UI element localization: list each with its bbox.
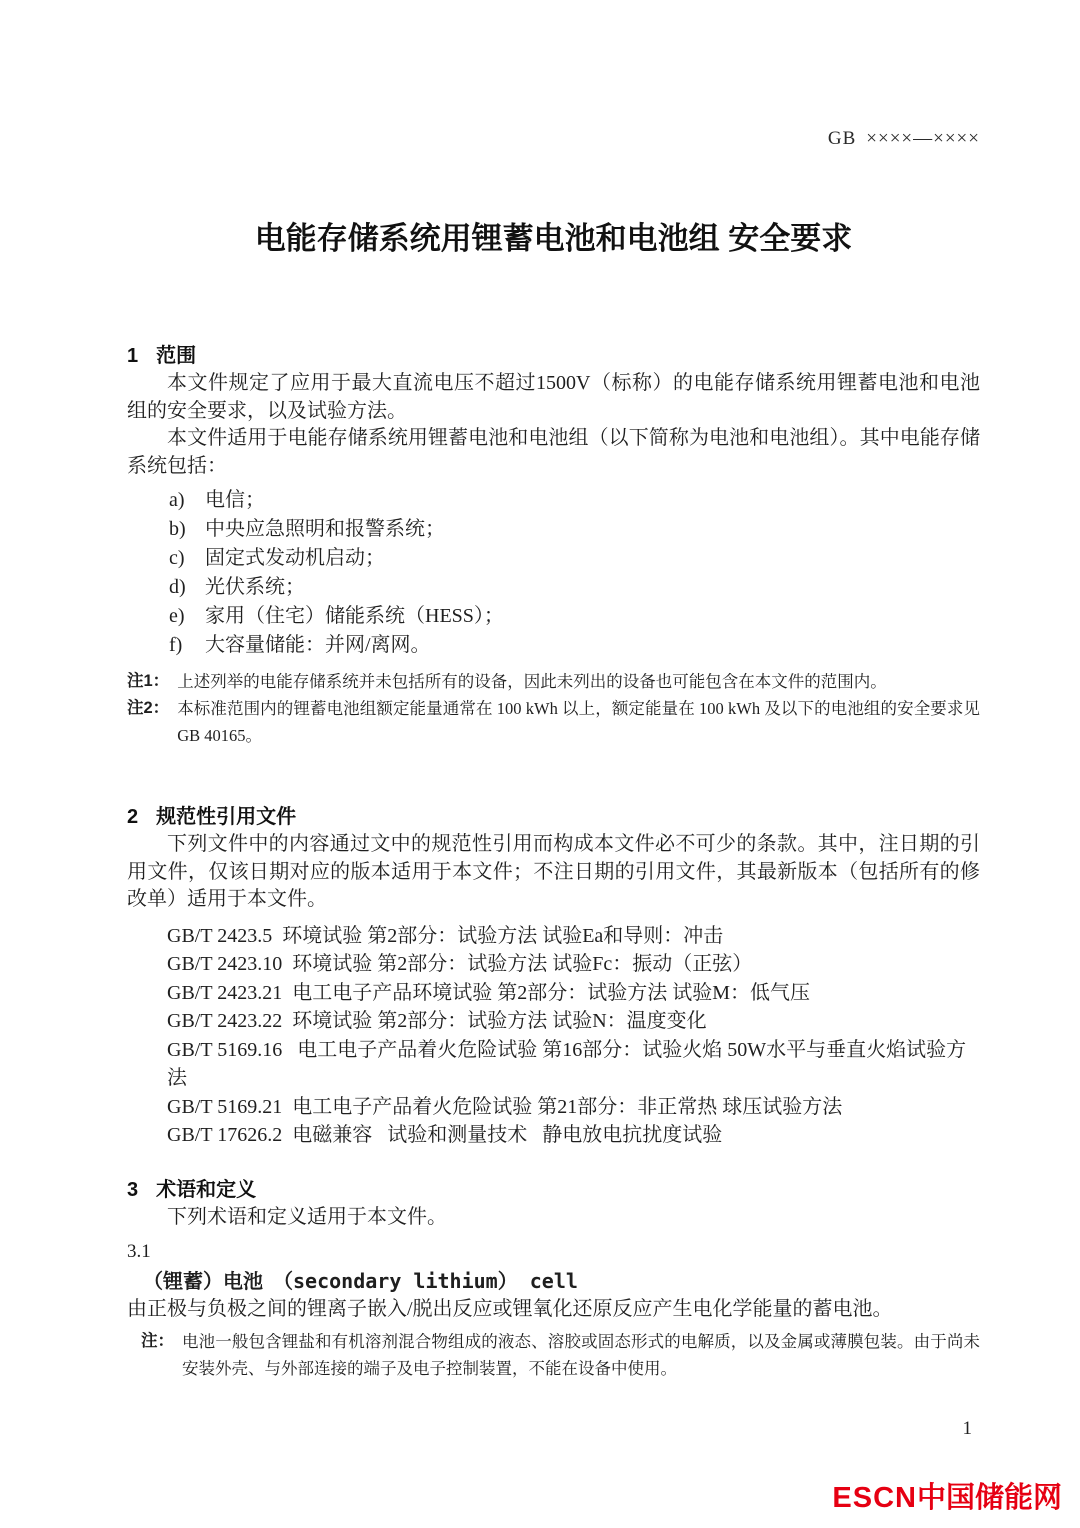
term-name-cn: （锂蓄）电池 xyxy=(143,1271,263,1293)
document-title: 电能存储系统用锂蓄电池和电池组 安全要求 xyxy=(127,216,980,262)
reference-item: GB/T 5169.16 电工电子产品着火危险试验 第16部分：试验火焰 50W… xyxy=(167,1036,980,1093)
scope-paragraph-2: 本文件适用于电能存储系统用锂蓄电池和电池组（以下简称为电池和电池组）。其中电能存… xyxy=(127,425,980,480)
note-label: 注2： xyxy=(127,695,169,722)
section-2-title: 规范性引用文件 xyxy=(156,806,296,828)
section-2-number: 2 xyxy=(127,806,138,828)
reference-item: GB/T 17626.2 电磁兼容 试验和测量技术 静电放电抗扰度试验 xyxy=(167,1121,980,1150)
standard-code-number: ××××—×××× xyxy=(866,128,980,149)
references-paragraph: 下列文件中的内容通过文中的规范性引用而构成本文件必不可少的条款。其中，注日期的引… xyxy=(127,831,980,914)
reference-item: GB/T 2423.21 电工电子产品环境试验 第2部分：试验方法 试验M：低气… xyxy=(167,979,980,1008)
section-2-heading: 2规范性引用文件 xyxy=(127,803,980,831)
note-text: 上述列举的电能存储系统并未包括所有的设备，因此未列出的设备也可能包含在本文件的范… xyxy=(177,668,887,695)
note-text: 电池一般包含锂盐和有机溶剂混合物组成的液态、溶胶或固态形式的电解质，以及金属或薄… xyxy=(182,1328,980,1382)
escn-logo: ESCN中国储能网 xyxy=(832,1482,1062,1514)
terms-paragraph: 下列术语和定义适用于本文件。 xyxy=(127,1204,980,1232)
list-item-marker: e) xyxy=(169,602,193,631)
list-item: d)光伏系统； xyxy=(169,573,980,602)
list-item-text: 大容量储能：并网/离网。 xyxy=(205,634,431,656)
list-item-text: 电信； xyxy=(205,489,265,511)
list-item-marker: a) xyxy=(169,486,193,515)
escn-logo-text-cn: 中国储能网 xyxy=(917,1482,1062,1514)
note-label: 注： xyxy=(141,1328,174,1355)
list-item-marker: d) xyxy=(169,573,193,602)
list-item-text: 光伏系统； xyxy=(205,576,305,598)
section-3-heading: 3术语和定义 xyxy=(127,1176,980,1204)
list-item-text: 家用（住宅）储能系统（HESS）； xyxy=(205,605,504,627)
note: 注1： 上述列举的电能存储系统并未包括所有的设备，因此未列出的设备也可能包含在本… xyxy=(127,668,980,695)
term-definition: 由正极与负极之间的锂离子嵌入/脱出反应或锂氧化还原反应产生电化学能量的蓄电池。 xyxy=(127,1296,980,1324)
standard-code-prefix: GB xyxy=(828,128,856,149)
document-content: 1范围 本文件规定了应用于最大直流电压不超过1500V（标称）的电能存储系统用锂… xyxy=(127,342,980,1382)
list-item-text: 中央应急照明和报警系统； xyxy=(205,518,445,540)
reference-list: GB/T 2423.5 环境试验 第2部分：试验方法 试验Ea和导则：冲击 GB… xyxy=(127,922,980,1150)
section-3-number: 3 xyxy=(127,1179,138,1201)
list-item: e)家用（住宅）储能系统（HESS）； xyxy=(169,602,980,631)
page-number: 1 xyxy=(963,1418,973,1440)
reference-item: GB/T 2423.10 环境试验 第2部分：试验方法 试验Fc：振动（正弦） xyxy=(167,950,980,979)
section-1-title: 范围 xyxy=(156,345,196,367)
term-note: 注： 电池一般包含锂盐和有机溶剂混合物组成的液态、溶胶或固态形式的电解质，以及金… xyxy=(127,1328,980,1382)
reference-item: GB/T 2423.22 环境试验 第2部分：试验方法 试验N：温度变化 xyxy=(167,1007,980,1036)
scope-paragraph-1: 本文件规定了应用于最大直流电压不超过1500V（标称）的电能存储系统用锂蓄电池和… xyxy=(127,370,980,425)
note-text: 本标准范围内的锂蓄电池组额定能量通常在 100 kWh 以上，额定能量在 100… xyxy=(177,695,980,749)
term-title: （锂蓄）电池（secondary lithium） cell xyxy=(127,1267,980,1296)
scope-notes: 注1： 上述列举的电能存储系统并未包括所有的设备，因此未列出的设备也可能包含在本… xyxy=(127,668,980,749)
page-header: GB××××—×××× xyxy=(0,0,1080,150)
list-item: a)电信； xyxy=(169,486,980,515)
list-item-marker: b) xyxy=(169,515,193,544)
note-label: 注1： xyxy=(127,668,169,695)
term-name-en: （secondary lithium） cell xyxy=(273,1269,578,1293)
section-3-title: 术语和定义 xyxy=(156,1179,256,1201)
section-1-number: 1 xyxy=(127,345,138,367)
list-item-marker: c) xyxy=(169,544,193,573)
section-1-heading: 1范围 xyxy=(127,342,980,370)
document-page: GB××××—×××× 电能存储系统用锂蓄电池和电池组 安全要求 1范围 本文件… xyxy=(0,0,1080,1528)
reference-item: GB/T 2423.5 环境试验 第2部分：试验方法 试验Ea和导则：冲击 xyxy=(167,922,980,951)
list-item-text: 固定式发动机启动； xyxy=(205,547,385,569)
list-item: b)中央应急照明和报警系统； xyxy=(169,515,980,544)
note: 注2： 本标准范围内的锂蓄电池组额定能量通常在 100 kWh 以上，额定能量在… xyxy=(127,695,980,749)
list-item-marker: f) xyxy=(169,631,193,660)
list-item: f)大容量储能：并网/离网。 xyxy=(169,631,980,660)
escn-logo-text-en: ESCN xyxy=(832,1482,917,1514)
reference-item: GB/T 5169.21 电工电子产品着火危险试验 第21部分：非正常热 球压试… xyxy=(167,1093,980,1122)
term-number: 3.1 xyxy=(127,1239,980,1265)
scope-list: a)电信； b)中央应急照明和报警系统； c)固定式发动机启动； d)光伏系统；… xyxy=(127,486,980,660)
list-item: c)固定式发动机启动； xyxy=(169,544,980,573)
